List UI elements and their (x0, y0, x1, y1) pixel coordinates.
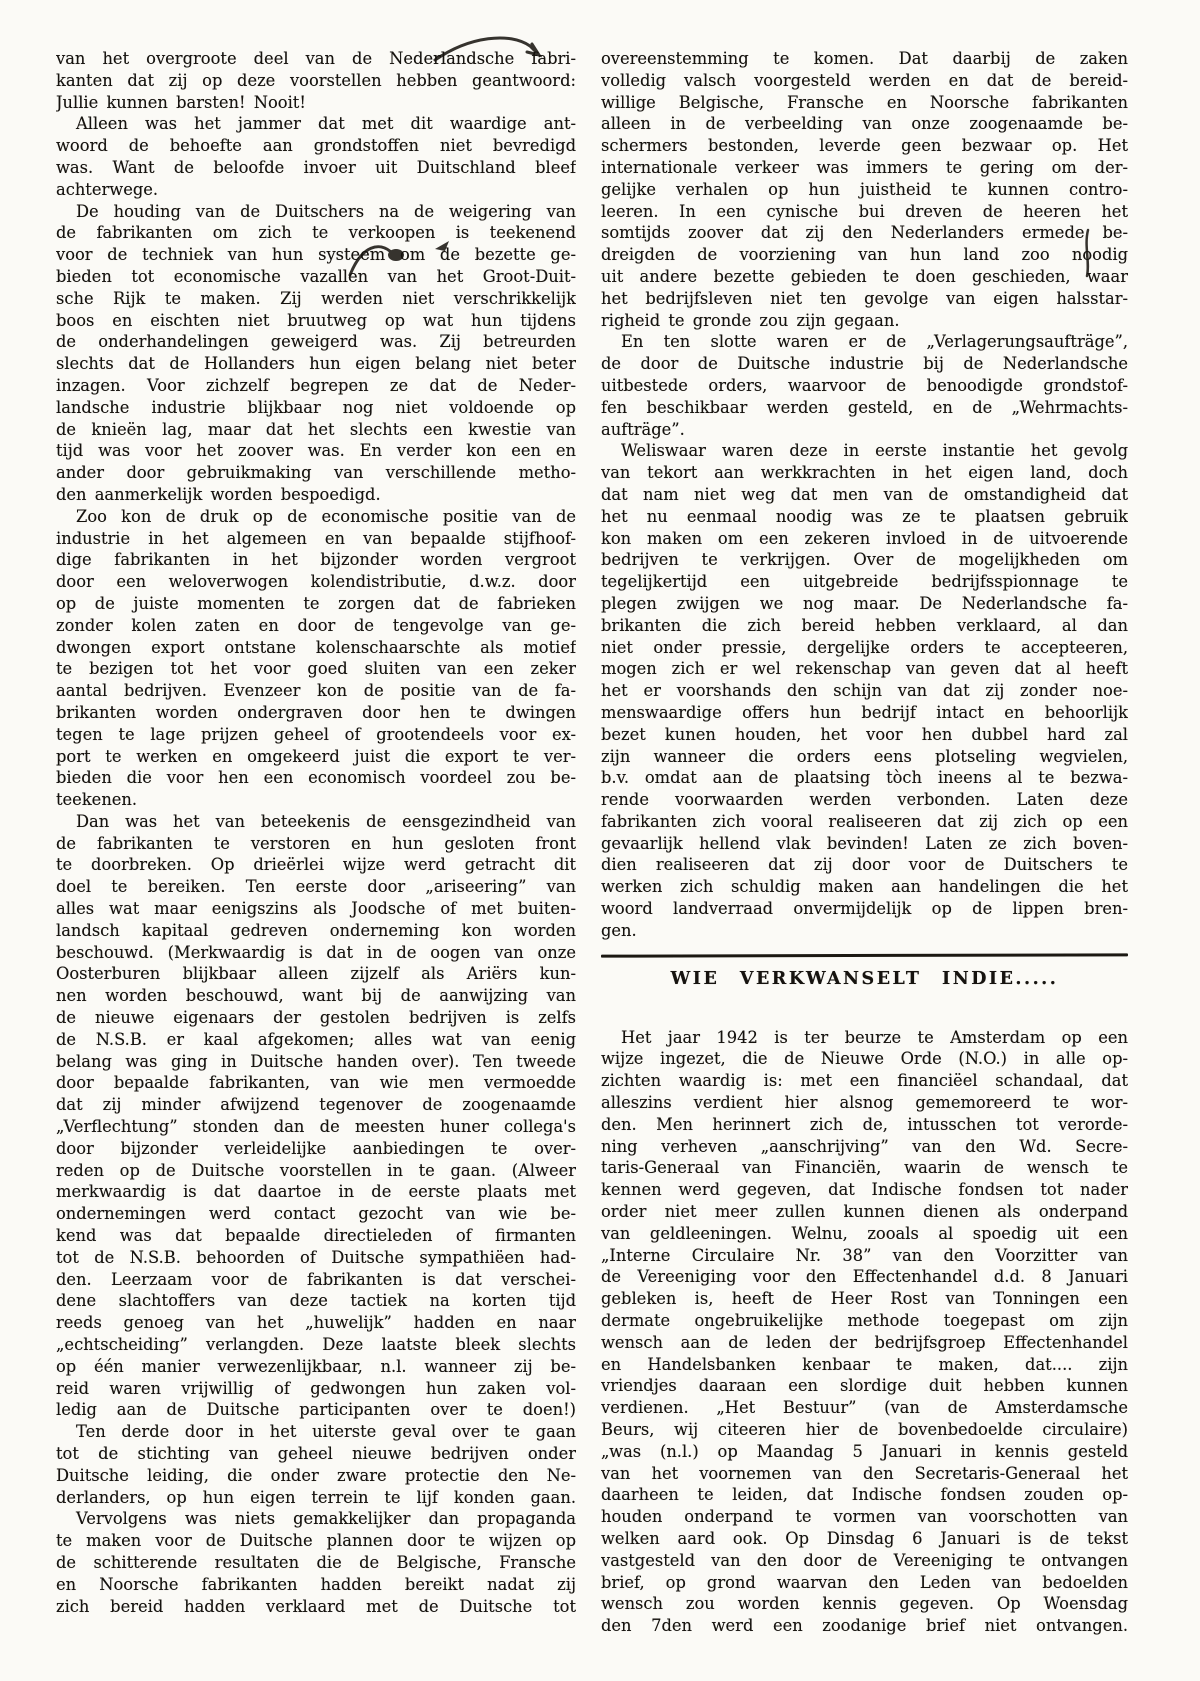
text-line: Vervolgens was niets gemakkelijker dan p… (56, 1508, 576, 1530)
text-line: tijd was voor het zoover was. En verder … (56, 440, 576, 462)
text-line: belang was ging in Duitsche handen over)… (56, 1051, 576, 1073)
text-line: den. Leerzaam voor de fabrikanten is dat… (56, 1269, 576, 1291)
text-line: en Noorsche fabrikanten hadden bereikt n… (56, 1574, 576, 1596)
text-line: „Verflechtung” stonden dan de meesten hu… (56, 1116, 576, 1138)
text-line: vastgesteld van den door de Vereeniging … (601, 1550, 1128, 1572)
text-line: te bezigen tot het voor goed sluiten van… (56, 658, 576, 680)
text-line: de knieën lag, maar dat het slechts een … (56, 419, 576, 441)
text-line: uit andere bezette gebieden te doen gesc… (601, 266, 1128, 288)
text-line: En ten slotte waren er de „Verlagerungsa… (601, 331, 1128, 353)
text-line: mogen zich er wel rekenschap van geven d… (601, 658, 1128, 680)
text-line: tot de N.S.B. behoorden of Duitsche symp… (56, 1247, 576, 1269)
text-line: gebleken is, heeft de Heer Rost van Tonn… (601, 1288, 1128, 1310)
text-line: verdienen. „Het Bestuur” (van de Amsterd… (601, 1397, 1128, 1419)
text-line: port te werken en omgekeerd juist die ex… (56, 746, 576, 768)
text-line: inzagen. Voor zichzelf begrepen ze dat d… (56, 375, 576, 397)
text-line: Alleen was het jammer dat met dit waardi… (56, 113, 576, 135)
text-line: wensch aan de leden der bedrijfsgroep Ef… (601, 1332, 1128, 1354)
text-line: achterwege. (56, 179, 576, 201)
text-line: was. Want de beloofde invoer uit Duitsch… (56, 157, 576, 179)
text-line: tegen te lage prijzen geheel of grootend… (56, 724, 576, 746)
text-line: daarheen te leiden, dat Indische fondsen… (601, 1484, 1128, 1506)
text-line: Dan was het van beteekenis de eensgezind… (56, 811, 576, 833)
text-line: Oosterburen blijkbaar alleen zijzelf als… (56, 963, 576, 985)
section-heading: WIE VERKWANSELT INDIE..... (601, 969, 1128, 993)
text-line: ondernemingen werd contact gezocht van w… (56, 1203, 576, 1225)
text-line: voor de techniek van hun systeem om de b… (56, 244, 576, 266)
text-line: internationale verkeer was immers te ger… (601, 157, 1128, 179)
text-line: nen worden beschouwd, want bij de aanwij… (56, 985, 576, 1007)
text-line: van het voornemen van den Secretaris-Gen… (601, 1463, 1128, 1485)
text-line: dat zij minder afwijzend tegenover de zo… (56, 1094, 576, 1116)
text-line: order niet meer zullen kunnen dienen als… (601, 1201, 1128, 1223)
text-line: bieden tot economische vazallen van het … (56, 266, 576, 288)
text-line: rende voorwaarden werden verbonden. Late… (601, 789, 1128, 811)
text-line: teekenen. (56, 789, 576, 811)
text-line: woord de behoefte aan grondstoffen niet … (56, 135, 576, 157)
text-line: overeenstemming te komen. Dat daarbij de… (601, 48, 1128, 70)
text-line: dreigden de voorziening van hun land zoo… (601, 244, 1128, 266)
text-line: derlanders, op hun eigen terrein te lijf… (56, 1487, 576, 1509)
text-line: slechts dat de Hollanders hun eigen bela… (56, 353, 576, 375)
text-line: tot de stichting van geheel nieuwe bedri… (56, 1443, 576, 1465)
text-line: zonder kolen zaten en door de tengevolge… (56, 615, 576, 637)
text-line: te maken voor de Duitsche plannen door t… (56, 1530, 576, 1552)
text-line: de nieuwe eigenaars der gestolen bedrijv… (56, 1007, 576, 1029)
right-column: overeenstemming te komen. Dat daarbij de… (601, 48, 1128, 1637)
text-line: zichten waardig is: met een financiëel s… (601, 1070, 1128, 1092)
text-line: beschouwd. (Merkwaardig is dat in de oog… (56, 942, 576, 964)
text-line: op de juiste momenten te zorgen dat de f… (56, 593, 576, 615)
text-line: door bepaalde fabrikanten, van wie men v… (56, 1072, 576, 1094)
text-line: het er voorshands den schijn van dat zij… (601, 680, 1128, 702)
text-line: landsche industrie blijkbaar nog niet vo… (56, 397, 576, 419)
text-line: De houding van de Duitschers na de weige… (56, 201, 576, 223)
text-line: Ten derde door in het uiterste geval ove… (56, 1421, 576, 1443)
text-line: aantal bedrijven. Evenzeer kon de positi… (56, 680, 576, 702)
text-line: plegen zwijgen we nog maar. De Nederland… (601, 593, 1128, 615)
text-line: doel te bereiken. Ten eerste door „arise… (56, 876, 576, 898)
text-line: niet onder pressie, dergelijke orders te… (601, 637, 1128, 659)
text-line: Weliswaar waren deze in eerste instantie… (601, 440, 1128, 462)
text-line: welken aard ook. Op Dinsdag 6 Januari is… (601, 1528, 1128, 1550)
text-line: brief, op grond waarvan den Leden van be… (601, 1572, 1128, 1594)
text-line: dwongen export ontstane kolenschaarschte… (56, 637, 576, 659)
text-line: brikanten die zich bereid hebben verklaa… (601, 615, 1128, 637)
text-line: de N.S.B. er kaal afgekomen; alles wat v… (56, 1029, 576, 1051)
text-line: het bedrijfsleven niet ten gevolge van e… (601, 288, 1128, 310)
text-line: industrie in het algemeen en van bepaald… (56, 528, 576, 550)
text-line: somtijds zoover dat zij den Nederlanders… (601, 222, 1128, 244)
text-line: taris-Generaal van Financiën, waarin de … (601, 1157, 1128, 1179)
text-line: de door de Duitsche industrie bij de Ned… (601, 353, 1128, 375)
text-line: righeid te gronde zou zijn gegaan. (601, 310, 1128, 332)
text-line: bedrijven te verkrijgen. Over de mogelij… (601, 549, 1128, 571)
text-line: volledig valsch voorgesteld werden en da… (601, 70, 1128, 92)
text-line: werken zich schuldig maken aan handeling… (601, 876, 1128, 898)
article-body-text: Het jaar 1942 is ter beurze te Amsterdam… (601, 1027, 1128, 1637)
text-line: landsch kapitaal gedreven onderneming ko… (56, 920, 576, 942)
text-line: b.v. omdat aan de plaatsing tòch ineens … (601, 767, 1128, 789)
text-line: reden op de Duitsche voorstellen in te g… (56, 1160, 576, 1182)
text-line: van tekort aan werkkrachten in het eigen… (601, 462, 1128, 484)
text-line: en Handelsbanken kenbaar te maken, dat..… (601, 1354, 1128, 1376)
text-line: Zoo kon de druk op de economische positi… (56, 506, 576, 528)
text-line: van geldleeningen. Welnu, zooals al spoe… (601, 1223, 1128, 1245)
text-line: willige Belgische, Fransche en Noorsche … (601, 92, 1128, 114)
text-line: Duitsche leiding, die onder zware protec… (56, 1465, 576, 1487)
text-line: Het jaar 1942 is ter beurze te Amsterdam… (601, 1027, 1128, 1049)
text-line: ander door gebruikmaking van verschillen… (56, 462, 576, 484)
text-line: den 7den werd een zoodanige brief niet o… (601, 1615, 1128, 1637)
text-line: den. Men herinnert zich de, intusschen t… (601, 1114, 1128, 1136)
text-line: „Interne Circulaire Nr. 38” van den Voor… (601, 1245, 1128, 1267)
text-line: alleszins verdient hier alsnog gememoree… (601, 1092, 1128, 1114)
left-column: van het overgroote deel van de Nederland… (56, 48, 576, 1617)
text-line: leeren. In een cynische bui dreven de he… (601, 201, 1128, 223)
text-line: houden onderpand te vormen van voorschot… (601, 1506, 1128, 1528)
text-line: op één manier verwezenlijkbaar, n.l. wan… (56, 1356, 576, 1378)
text-line: alles wat maar eenigszins als Joodsche o… (56, 898, 576, 920)
text-line: ning verheven „aanschrijving” van den Wd… (601, 1136, 1128, 1158)
text-line: gelijke verhalen op hun juistheid te kun… (601, 179, 1128, 201)
text-line: wensch zou worden kennis gegeven. Op Woe… (601, 1593, 1128, 1615)
text-line: het nu eenmaal noodig was ze te plaatsen… (601, 506, 1128, 528)
text-line: aufträge”. (601, 419, 1128, 441)
text-line: menswaardige offers hun bedrijf intact e… (601, 702, 1128, 724)
text-line: „echtscheiding” verlangden. Deze laatste… (56, 1334, 576, 1356)
text-line: ledig aan de Duitsche participanten over… (56, 1399, 576, 1421)
text-line: merkwaardig is dat daartoe in de eerste … (56, 1181, 576, 1203)
text-line: van het overgroote deel van de Nederland… (56, 48, 576, 70)
text-line: Beurs, wij citeeren hier de bovenbedoeld… (601, 1419, 1128, 1441)
text-line: sche Rijk te maken. Zij werden niet vers… (56, 288, 576, 310)
text-line: kennen werd gegeven, dat Indische fondse… (601, 1179, 1128, 1201)
text-line: alleen in de verbeelding van onze zoogen… (601, 113, 1128, 135)
text-line: gevaarlijk hellend vlak bevinden! Laten … (601, 833, 1128, 855)
article-continuation-text: overeenstemming te komen. Dat daarbij de… (601, 48, 1128, 942)
text-line: boos en eischten niet bruutweg op wat hu… (56, 310, 576, 332)
text-line: „was (n.l.) op Maandag 5 Januari in kenn… (601, 1441, 1128, 1463)
text-line: woord landverraad onvermijdelijk op de l… (601, 898, 1128, 920)
text-line: dene slachtoffers van deze tactiek na ko… (56, 1290, 576, 1312)
text-line: fen beschikbaar werden gesteld, en de „W… (601, 397, 1128, 419)
text-line: te doorbreken. Op drieërlei wijze werd g… (56, 854, 576, 876)
text-line: kon maken om een zekeren invloed in de u… (601, 528, 1128, 550)
section-divider-rule (601, 953, 1128, 957)
text-line: zijn wanneer die orders eens plotseling … (601, 746, 1128, 768)
text-line: kanten dat zij op deze voorstellen hebbe… (56, 70, 576, 92)
text-line: schermers bestonden, leverde geen bezwaa… (601, 135, 1128, 157)
text-line: dige fabrikanten in het bijzonder worden… (56, 549, 576, 571)
text-line: dien realiseeren dat zij door voor de Du… (601, 854, 1128, 876)
text-line: de fabrikanten te verstoren en hun geslo… (56, 833, 576, 855)
scanned-newspaper-page: van het overgroote deel van de Nederland… (0, 0, 1200, 1681)
text-line: bezet kunen houden, het voor hen dubbel … (601, 724, 1128, 746)
text-line: vriendjes daaraan een slordige duit hebb… (601, 1375, 1128, 1397)
text-line: door bijzonder verleidelijke aanbiedinge… (56, 1138, 576, 1160)
text-line: dat nam niet weg dat men van de omstandi… (601, 484, 1128, 506)
text-line: fabrikanten zich vooral realiseeren dat … (601, 811, 1128, 833)
text-line: wijze ingezet, die de Nieuwe Orde (N.O.)… (601, 1048, 1128, 1070)
text-line: door een weloverwogen kolendistributie, … (56, 571, 576, 593)
text-line: tegelijkertijd een uitgebreide bedrijfss… (601, 571, 1128, 593)
text-line: dermate ongebruikelijke methode toegepas… (601, 1310, 1128, 1332)
text-line: reeds genoeg van het „huwelijk” hadden e… (56, 1312, 576, 1334)
text-line: brikanten worden ondergraven door hen te… (56, 702, 576, 724)
text-line: reid waren vrijwillig of gedwongen hun z… (56, 1378, 576, 1400)
text-line: de onderhandelingen geweigerd was. Zij b… (56, 331, 576, 353)
text-line: gen. (601, 920, 1128, 942)
text-line: bieden die voor hen een economisch voord… (56, 767, 576, 789)
text-line: uitbestede orders, waarvoor de benoodigd… (601, 375, 1128, 397)
text-line: Jullie kunnen barsten! Nooit! (56, 92, 576, 114)
text-line: kend was dat bepaalde directieleden of f… (56, 1225, 576, 1247)
text-line: de Vereeniging voor den Effectenhandel d… (601, 1266, 1128, 1288)
text-line: de fabrikanten om zich te verkoopen is t… (56, 222, 576, 244)
text-line: den aanmerkelijk worden bespoedigd. (56, 484, 576, 506)
text-line: de schitterende resultaten die de Belgis… (56, 1552, 576, 1574)
text-line: zich bereid hadden verklaard met de Duit… (56, 1596, 576, 1618)
